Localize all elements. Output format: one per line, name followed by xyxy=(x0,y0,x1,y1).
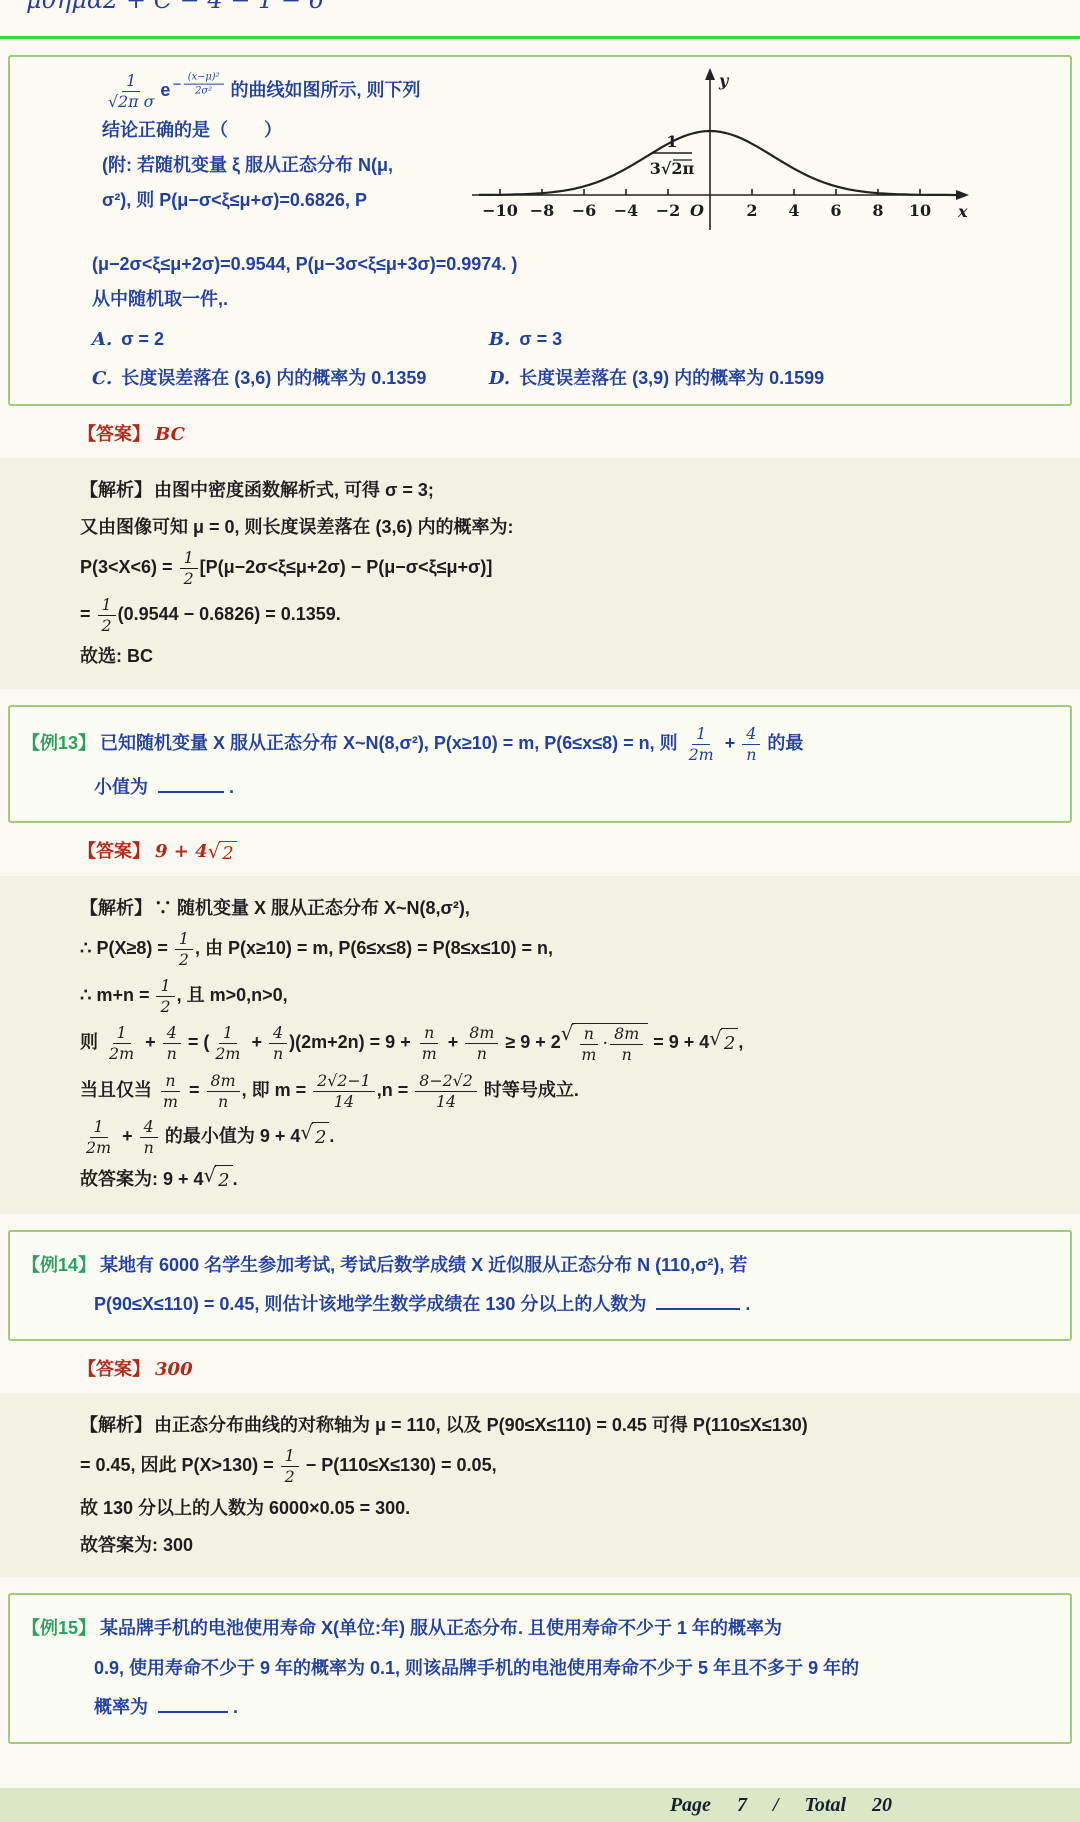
fraction-denominator: 2 xyxy=(98,616,116,635)
option-item: B.σ = 3 xyxy=(489,326,1060,353)
text-run: 的最小值为 9 + 4 xyxy=(160,1126,301,1146)
fraction-numerator: 1 xyxy=(281,1447,299,1467)
square-root: √2 xyxy=(208,841,237,864)
fraction-numerator: 1 xyxy=(175,930,193,950)
exponent-sign: − xyxy=(172,76,181,93)
fraction-numerator: 4 xyxy=(163,1024,181,1044)
x-axis-label: x xyxy=(957,202,968,221)
peak-fraction-numerator: 1 xyxy=(666,132,677,151)
answer-3-line: 【答案】 300 xyxy=(78,1355,1080,1381)
text-run: 长度误差落在 (3,6) 内的概率为 0.1359 xyxy=(121,368,426,388)
fraction-numerator: 1 xyxy=(156,977,174,997)
formula-line: 【例15】某品牌手机的电池使用寿命 X(单位:年) 服从正态分布. 且使用寿命不… xyxy=(22,1613,1058,1645)
text-run: ∴ P(X≥8) = xyxy=(80,938,173,958)
text-run: P(90≤X≤110) = 0.45, 则估计该地学生数学成绩在 130 分以上… xyxy=(94,1294,651,1314)
option-grid: A.σ = 2B.σ = 3C.长度误差落在 (3,6) 内的概率为 0.135… xyxy=(20,326,1060,392)
example-label: 【例13】 xyxy=(22,733,96,753)
answer-label: 【答案】 xyxy=(78,841,150,861)
problem-1-wide-lines: (μ−2σ<ξ≤μ+2σ)=0.9544, P(μ−3σ<ξ≤μ+3σ)=0.9… xyxy=(20,251,1060,314)
fraction-denominator: m xyxy=(418,1044,441,1063)
fraction: 4n xyxy=(163,1024,181,1062)
formula-line: P(3<X<6) = 12[P(μ−2σ<ξ≤μ+2σ) − P(μ−σ<ξ≤μ… xyxy=(80,549,1056,587)
fraction-denominator: 14 xyxy=(432,1092,460,1111)
formula-line: 又由图像可知 μ = 0, 则长度误差落在 (3,6) 内的概率为: xyxy=(80,513,1056,542)
radicand: nm · 8mn xyxy=(572,1023,648,1063)
formula-line: ∴ m+n = 12, 且 m>0,n>0, xyxy=(80,977,1056,1015)
x-tick-label: 10 xyxy=(909,201,931,220)
formula-line: 12m + 4n 的最小值为 9 + 4√2. xyxy=(80,1118,1056,1156)
text-run: = 0.45, 因此 P(X>130) = xyxy=(80,1455,279,1475)
formula-line: = 0.45, 因此 P(X>130) = 12 − P(110≤X≤130) … xyxy=(80,1447,1056,1485)
text-run: 已知随机变量 X 服从正态分布 X~N(8,σ²), P(x≥10) = m, … xyxy=(100,733,683,753)
option-item: C.长度误差落在 (3,6) 内的概率为 0.1359 xyxy=(92,365,489,392)
fraction-denominator: 2m xyxy=(685,745,718,764)
fraction-denominator: 2m xyxy=(82,1138,115,1157)
text-run: σ = 2 xyxy=(121,329,164,349)
fraction: 12 xyxy=(281,1447,299,1485)
text-run: 由正态分布曲线的对称轴为 μ = 110, 以及 P(90≤X≤110) = 0… xyxy=(154,1415,808,1435)
formula-line: 故选: BC xyxy=(80,642,1056,671)
text-run: (附: 若随机变量 ξ 服从正态分布 N(μ, xyxy=(102,155,393,175)
answer-blank xyxy=(158,1693,228,1713)
previous-page-remnant: μ0ημα2 + C − 4 − 1 − 6 xyxy=(0,0,1080,24)
fraction: 12 xyxy=(98,596,116,634)
text-run: 某品牌手机的电池使用寿命 X(单位:年) 服从正态分布. 且使用寿命不少于 1 … xyxy=(100,1618,782,1638)
formula-line: ∴ P(X≥8) = 12, 由 P(x≥10) = m, P(6≤x≤8) =… xyxy=(80,930,1056,968)
formula-line: 从中随机取一件,. xyxy=(92,286,1060,314)
radical-sign: √ xyxy=(561,1024,574,1044)
example-13-box: 【例13】已知随机变量 X 服从正态分布 X~N(8,σ²), P(x≥10) … xyxy=(8,705,1072,823)
radicand: 2 xyxy=(215,1165,232,1196)
fraction: 8mn xyxy=(610,1025,643,1063)
text-run: 又由图像可知 μ = 0, 则长度误差落在 (3,6) 内的概率为: xyxy=(80,517,514,537)
problem-1-text-column: 1√2π σe−(x−μ)²2σ² 的曲线如图所示, 则下列结论正确的是（ ）(… xyxy=(20,65,452,222)
footer-separator: / xyxy=(773,1794,779,1817)
square-root: √2 xyxy=(709,1028,738,1059)
example-label: 【例14】 xyxy=(22,1255,96,1275)
text-run: · xyxy=(602,1030,608,1059)
text-run: , 且 m>0,n>0, xyxy=(177,985,288,1005)
fraction-denominator: 14 xyxy=(330,1092,358,1111)
exponent-fraction: −(x−μ)²2σ² xyxy=(172,72,225,97)
text-run: 长度误差落在 (3,9) 内的概率为 0.1599 xyxy=(519,368,824,388)
fraction: 12m xyxy=(82,1118,115,1156)
text-run: ≥ 9 + 2 xyxy=(500,1032,560,1052)
fraction-denominator: n xyxy=(618,1045,636,1064)
formula-line: = 12(0.9544 − 0.6826) = 0.1359. xyxy=(80,596,1056,634)
radicand: 2 xyxy=(721,1028,738,1059)
text-run: 由图中密度函数解析式, 可得 σ = 3; xyxy=(154,480,434,500)
text-run: , 由 P(x≥10) = m, P(6≤x≤8) = P(8≤x≤10) = … xyxy=(195,938,553,958)
fraction-numerator: 1 xyxy=(219,1024,237,1044)
text-run: + xyxy=(443,1032,464,1052)
example-label: 【例15】 xyxy=(22,1618,96,1638)
text-run: . xyxy=(745,1294,750,1314)
footer-page-number: 7 xyxy=(737,1794,747,1817)
text-run: . xyxy=(233,1169,238,1189)
text-run: σ = 3 xyxy=(519,329,562,349)
fraction-numerator: 1 xyxy=(122,72,140,92)
fraction-denominator: n xyxy=(269,1044,287,1063)
formula-line: 故答案为: 300 xyxy=(80,1531,1056,1560)
fraction-numerator: 1 xyxy=(692,725,710,745)
radical-sign: √ xyxy=(300,1123,313,1143)
answer-blank xyxy=(656,1290,740,1310)
normal-curve-figure: −10−8−6−4−2246810Oxy13√2π xyxy=(452,65,1060,244)
fraction-numerator: 4 xyxy=(742,725,760,745)
text-run: , xyxy=(738,1032,743,1052)
fraction-numerator: 1 xyxy=(90,1118,108,1138)
option-label: B. xyxy=(489,329,510,350)
text-run: + xyxy=(140,1032,161,1052)
text-run: ∵ 随机变量 X 服从正态分布 X~N(8,σ²), xyxy=(154,898,470,918)
fraction-numerator: n xyxy=(420,1024,438,1044)
text-run: 小值为 xyxy=(94,777,153,797)
fraction-denominator: n xyxy=(214,1092,232,1111)
fraction-numerator: n xyxy=(161,1072,179,1092)
text-run: e xyxy=(160,80,170,100)
fraction-numerator: 1 xyxy=(180,549,198,569)
text-run: 9 + 4 xyxy=(155,841,208,862)
formula-line: 结论正确的是（ ） xyxy=(102,117,452,145)
text-run: P(3<X<6) = xyxy=(80,557,178,577)
formula-line: 【例14】某地有 6000 名学生参加考试, 考试后数学成绩 X 近似服从正态分… xyxy=(22,1250,1058,1282)
text-run: + xyxy=(720,733,741,753)
formula-line: 概率为 . xyxy=(22,1692,1058,1724)
fraction-numerator: 8m xyxy=(207,1072,240,1092)
text-run: 结论正确的是（ ） xyxy=(102,120,282,140)
text-run: 当且仅当 xyxy=(80,1080,157,1100)
text-run: + xyxy=(117,1126,138,1146)
answer-value: 300 xyxy=(155,1359,193,1380)
text-run: 从中随机取一件,. xyxy=(92,289,228,309)
footer-total-label: Total xyxy=(805,1794,847,1817)
x-tick-label: 8 xyxy=(872,201,883,220)
fraction-denominator: n xyxy=(473,1044,491,1063)
text-run: )(2m+2n) = 9 + xyxy=(289,1032,416,1052)
x-tick-label: −6 xyxy=(572,201,597,220)
density-curve xyxy=(479,131,962,195)
remnant-formula: μ0ημα2 + C − 4 − 1 − 6 xyxy=(26,0,1080,14)
fraction-denominator: m xyxy=(577,1045,600,1064)
option-label: D. xyxy=(489,368,510,389)
option-item: A.σ = 2 xyxy=(92,326,489,353)
formula-line: 小值为 . xyxy=(22,772,1058,804)
x-tick-label: −4 xyxy=(614,201,639,220)
fraction: 4n xyxy=(269,1024,287,1062)
square-root: √nm · 8mn xyxy=(561,1023,648,1063)
formula-line: 则 12m + 4n = (12m + 4n)(2m+2n) = 9 + nm … xyxy=(80,1023,1056,1063)
radical-sign: √ xyxy=(709,1029,722,1049)
text-run: . xyxy=(229,777,234,797)
fraction-denominator: 2m xyxy=(105,1044,138,1063)
fraction: nm xyxy=(159,1072,182,1110)
analysis-label: 【解析】 xyxy=(80,898,152,918)
fraction-numerator: 4 xyxy=(140,1118,158,1138)
fraction: 8−2√214 xyxy=(415,1072,477,1110)
analysis-label: 【解析】 xyxy=(80,480,152,500)
text-run: ∴ m+n = xyxy=(80,985,154,1005)
text-run: 则 xyxy=(80,1032,103,1052)
answer-value: 9 + 4√2 xyxy=(155,841,237,862)
answer-value: BC xyxy=(155,424,185,445)
analysis-3-block: 【解析】由正态分布曲线的对称轴为 μ = 110, 以及 P(90≤X≤110)… xyxy=(0,1393,1080,1578)
text-run: = xyxy=(80,604,96,624)
option-label: C. xyxy=(92,368,112,389)
radical-sign: √ xyxy=(204,1166,217,1186)
text-run: 某地有 6000 名学生参加考试, 考试后数学成绩 X 近似服从正态分布 N (… xyxy=(100,1255,747,1275)
fraction: 4n xyxy=(742,725,760,763)
formula-line: 【解析】∵ 随机变量 X 服从正态分布 X~N(8,σ²), xyxy=(80,894,1056,923)
square-root: √2 xyxy=(300,1122,329,1153)
formula-line: 1√2π σe−(x−μ)²2σ² 的曲线如图所示, 则下列 xyxy=(102,72,452,110)
text-run: . xyxy=(233,1697,238,1717)
text-run: 故答案为: 300 xyxy=(80,1535,193,1555)
text-run: − P(110≤X≤130) = 0.05, xyxy=(301,1455,497,1475)
formula-line: P(90≤X≤110) = 0.45, 则估计该地学生数学成绩在 130 分以上… xyxy=(22,1289,1058,1321)
text-run: = xyxy=(184,1080,205,1100)
x-tick-label: 2 xyxy=(746,201,757,220)
text-run: 故 130 分以上的人数为 6000×0.05 = 300. xyxy=(80,1498,410,1518)
answer-blank xyxy=(158,773,224,793)
x-tick-label: −2 xyxy=(656,201,681,220)
fraction-denominator: 2 xyxy=(175,950,193,969)
fraction: 12 xyxy=(156,977,174,1015)
fraction-numerator: (x−μ)² xyxy=(184,72,224,85)
text-run: 0.9, 使用寿命不少于 9 年的概率为 0.1, 则该品牌手机的电池使用寿命不… xyxy=(94,1658,859,1678)
analysis-label: 【解析】 xyxy=(80,1415,152,1435)
text-run: 故答案为: 9 + 4 xyxy=(80,1169,204,1189)
fraction: 12m xyxy=(685,725,718,763)
fraction-numerator: 8m xyxy=(465,1024,498,1044)
text-run: = ( xyxy=(183,1032,210,1052)
text-run: 概率为 xyxy=(94,1697,153,1717)
problem-1-box: 1√2π σe−(x−μ)²2σ² 的曲线如图所示, 则下列结论正确的是（ ）(… xyxy=(8,55,1072,406)
formula-line: (μ−2σ<ξ≤μ+2σ)=0.9544, P(μ−3σ<ξ≤μ+3σ)=0.9… xyxy=(92,251,1060,279)
fraction: 8mn xyxy=(465,1024,498,1062)
text-run: [P(μ−2σ<ξ≤μ+2σ) − P(μ−σ<ξ≤μ+σ)] xyxy=(200,557,493,577)
text-run: , 即 m = xyxy=(242,1080,312,1100)
fraction-numerator: 8m xyxy=(610,1025,643,1045)
x-tick-label: 4 xyxy=(788,201,799,220)
answer-1-line: 【答案】 BC xyxy=(78,420,1080,446)
answer-label: 【答案】 xyxy=(78,1359,150,1379)
answer-2-line: 【答案】 9 + 4√2 xyxy=(78,837,1080,864)
x-tick-label: −8 xyxy=(530,201,555,220)
text-run: 时等号成立. xyxy=(479,1080,579,1100)
fraction: 8mn xyxy=(207,1072,240,1110)
text-run: 的最 xyxy=(762,733,803,753)
text-run: ,n = xyxy=(377,1080,414,1100)
x-tick-label: 6 xyxy=(830,201,841,220)
answer-label: 【答案】 xyxy=(78,424,150,444)
text-run: BC xyxy=(155,424,185,445)
example-14-box: 【例14】某地有 6000 名学生参加考试, 考试后数学成绩 X 近似服从正态分… xyxy=(8,1230,1072,1341)
fraction: nm xyxy=(577,1025,600,1063)
text-run: 故选: BC xyxy=(80,646,153,666)
fraction-numerator: n xyxy=(580,1025,598,1045)
fraction: 12 xyxy=(175,930,193,968)
peak-fraction-denominator: 3√2π xyxy=(650,159,695,178)
radicand: 2 xyxy=(219,841,236,864)
origin-label: O xyxy=(690,201,704,220)
formula-line: 当且仅当 nm = 8mn, 即 m = 2√2−114,n = 8−2√214… xyxy=(80,1072,1056,1110)
fraction: 2√2−114 xyxy=(313,1072,375,1110)
radicand: 2 xyxy=(312,1122,329,1153)
fraction-numerator: 1 xyxy=(113,1024,131,1044)
formula-line: σ²), 则 P(μ−σ<ξ≤μ+σ)=0.6826, P xyxy=(102,187,452,215)
fraction-denominator: n xyxy=(742,745,760,764)
fraction-denominator: n xyxy=(163,1044,181,1063)
analysis-2-block: 【解析】∵ 随机变量 X 服从正态分布 X~N(8,σ²),∴ P(X≥8) =… xyxy=(0,876,1080,1214)
top-divider xyxy=(0,36,1080,39)
formula-line: 故 130 分以上的人数为 6000×0.05 = 300. xyxy=(80,1494,1056,1523)
fraction-numerator: 2√2−1 xyxy=(313,1072,375,1092)
analysis-1-block: 【解析】由图中密度函数解析式, 可得 σ = 3;又由图像可知 μ = 0, 则… xyxy=(0,458,1080,689)
y-axis-arrow xyxy=(705,68,715,80)
fraction: nm xyxy=(418,1024,441,1062)
fraction-numerator: 1 xyxy=(98,596,116,616)
formula-line: 【例13】已知随机变量 X 服从正态分布 X~N(8,σ²), P(x≥10) … xyxy=(22,725,1058,763)
fraction-numerator: 8−2√2 xyxy=(415,1072,477,1092)
fraction-denominator: 2 xyxy=(180,569,198,588)
formula-line: 故答案为: 9 + 4√2. xyxy=(80,1165,1056,1196)
fraction: 12 xyxy=(180,549,198,587)
radical-sign: √ xyxy=(208,842,221,862)
fraction-denominator: √2π σ xyxy=(104,92,158,111)
fraction: 12m xyxy=(211,1024,244,1062)
fraction-denominator: 2m xyxy=(211,1044,244,1063)
fraction-denominator: 2 xyxy=(156,997,174,1016)
fraction-denominator: m xyxy=(159,1092,182,1111)
fraction-denominator: 2 xyxy=(281,1467,299,1486)
footer-total-number: 20 xyxy=(872,1794,892,1817)
page-footer: Page 7 / Total 20 xyxy=(0,1788,1080,1822)
formula-line: (附: 若随机变量 ξ 服从正态分布 N(μ, xyxy=(102,152,452,180)
fraction: 4n xyxy=(140,1118,158,1156)
formula-line: 0.9, 使用寿命不少于 9 年的概率为 0.1, 则该品牌手机的电池使用寿命不… xyxy=(22,1653,1058,1685)
fraction-denominator: n xyxy=(140,1138,158,1157)
text-run: + xyxy=(246,1032,267,1052)
formula-line: 【解析】由图中密度函数解析式, 可得 σ = 3; xyxy=(80,476,1056,505)
fraction-denominator: 2σ² xyxy=(191,85,216,97)
problem-1-upper: 1√2π σe−(x−μ)²2σ² 的曲线如图所示, 则下列结论正确的是（ ）(… xyxy=(20,65,1060,244)
text-run: 300 xyxy=(155,1359,193,1380)
text-run: . xyxy=(329,1126,334,1146)
x-tick-label: −10 xyxy=(482,201,518,220)
example-15-box: 【例15】某品牌手机的电池使用寿命 X(单位:年) 服从正态分布. 且使用寿命不… xyxy=(8,1593,1072,1744)
text-run: = 9 + 4 xyxy=(648,1032,709,1052)
fraction: 12m xyxy=(105,1024,138,1062)
text-run: (0.9544 − 0.6826) = 0.1359. xyxy=(118,604,341,624)
text-run: (μ−2σ<ξ≤μ+2σ)=0.9544, P(μ−3σ<ξ≤μ+3σ)=0.9… xyxy=(92,254,517,274)
formula-line: 【解析】由正态分布曲线的对称轴为 μ = 110, 以及 P(90≤X≤110)… xyxy=(80,1411,1056,1440)
y-axis-label: y xyxy=(718,71,730,90)
footer-page-label: Page xyxy=(670,1794,711,1817)
text-run: σ²), 则 P(μ−σ<ξ≤μ+σ)=0.6826, P xyxy=(102,190,367,210)
document-page: μ0ημα2 + C − 4 − 1 − 6 1√2π σe−(x−μ)²2σ²… xyxy=(0,0,1080,1822)
option-label: A. xyxy=(92,329,112,350)
fraction-numerator: 4 xyxy=(269,1024,287,1044)
text-run: 的曲线如图所示, 则下列 xyxy=(226,80,421,100)
normal-curve-svg: −10−8−6−4−2246810Oxy13√2π xyxy=(458,67,973,239)
square-root: √2 xyxy=(204,1165,233,1196)
option-item: D.长度误差落在 (3,9) 内的概率为 0.1599 xyxy=(489,365,1060,392)
fraction: (x−μ)²2σ² xyxy=(184,72,224,97)
fraction: 1√2π σ xyxy=(104,72,158,110)
